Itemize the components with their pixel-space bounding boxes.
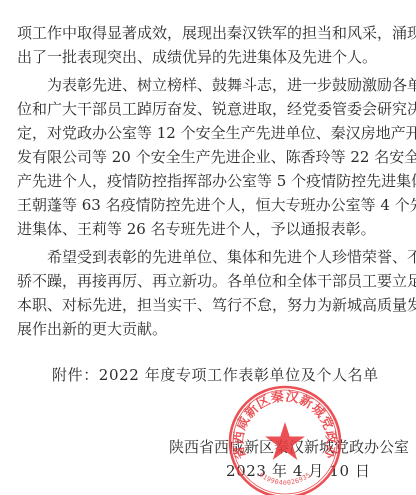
notice-document: 项工作中取得显著成效，展现出秦汉铁军的担当和风采，涌现 出了一批表现突出、成绩优… bbox=[0, 0, 416, 495]
paragraph-1-line-1: 项工作中取得显著成效，展现出秦汉铁军的担当和风采，涌现 bbox=[17, 24, 389, 42]
paragraph-3-line-3: 本职、对标先进，担当实干、笃行不怠，努力为新城高质量发 bbox=[17, 296, 389, 314]
paragraph-1-line-2: 出了一批表现突出、成绩优异的先进集体及先进个人。 bbox=[17, 48, 389, 66]
paragraph-2-line-5: 产先进个人，疫情防控指挥部办公室等 5 个疫情防控先进集体、 bbox=[17, 172, 389, 190]
paragraph-2-line-1: 为表彰先进、树立榜样、鼓舞斗志，进一步鼓励激励各单 bbox=[47, 76, 389, 94]
paragraph-3-line-4: 展作出新的更大贡献。 bbox=[17, 320, 389, 338]
paragraph-3-line-2: 骄不躁，再接再厉、再立新功。各单位和全体干部员工要立足 bbox=[17, 272, 389, 290]
paragraph-2-line-7: 进集体、王莉等 26 名专班先进个人，予以通报表彰。 bbox=[17, 220, 389, 238]
paragraph-3-line-1: 希望受到表彰的先进单位、集体和先进个人珍惜荣誉、不 bbox=[47, 248, 389, 266]
paragraph-2-line-2: 位和广大干部员工踔厉奋发、锐意进取，经党委管委会研究决 bbox=[17, 100, 389, 118]
attachment-note: 附件：2022 年度专项工作表彰单位及个人名单 bbox=[52, 366, 379, 384]
paragraph-2-line-3: 定，对党政办公室等 12 个安全生产先进单位、秦汉房地产开 bbox=[17, 124, 389, 142]
paragraph-2-line-6: 王朝蓬等 63 名疫情防控先进个人，恒大专班办公室等 4 个先 bbox=[17, 196, 389, 214]
signing-date: 2023 年 4 月 10 日 bbox=[226, 462, 371, 480]
signing-organization: 陕西省西咸新区秦汉新城党政办公室 bbox=[169, 438, 389, 456]
paragraph-2-line-4: 发有限公司等 20 个安全生产先进企业、陈香玲等 22 名安全生 bbox=[17, 148, 389, 166]
